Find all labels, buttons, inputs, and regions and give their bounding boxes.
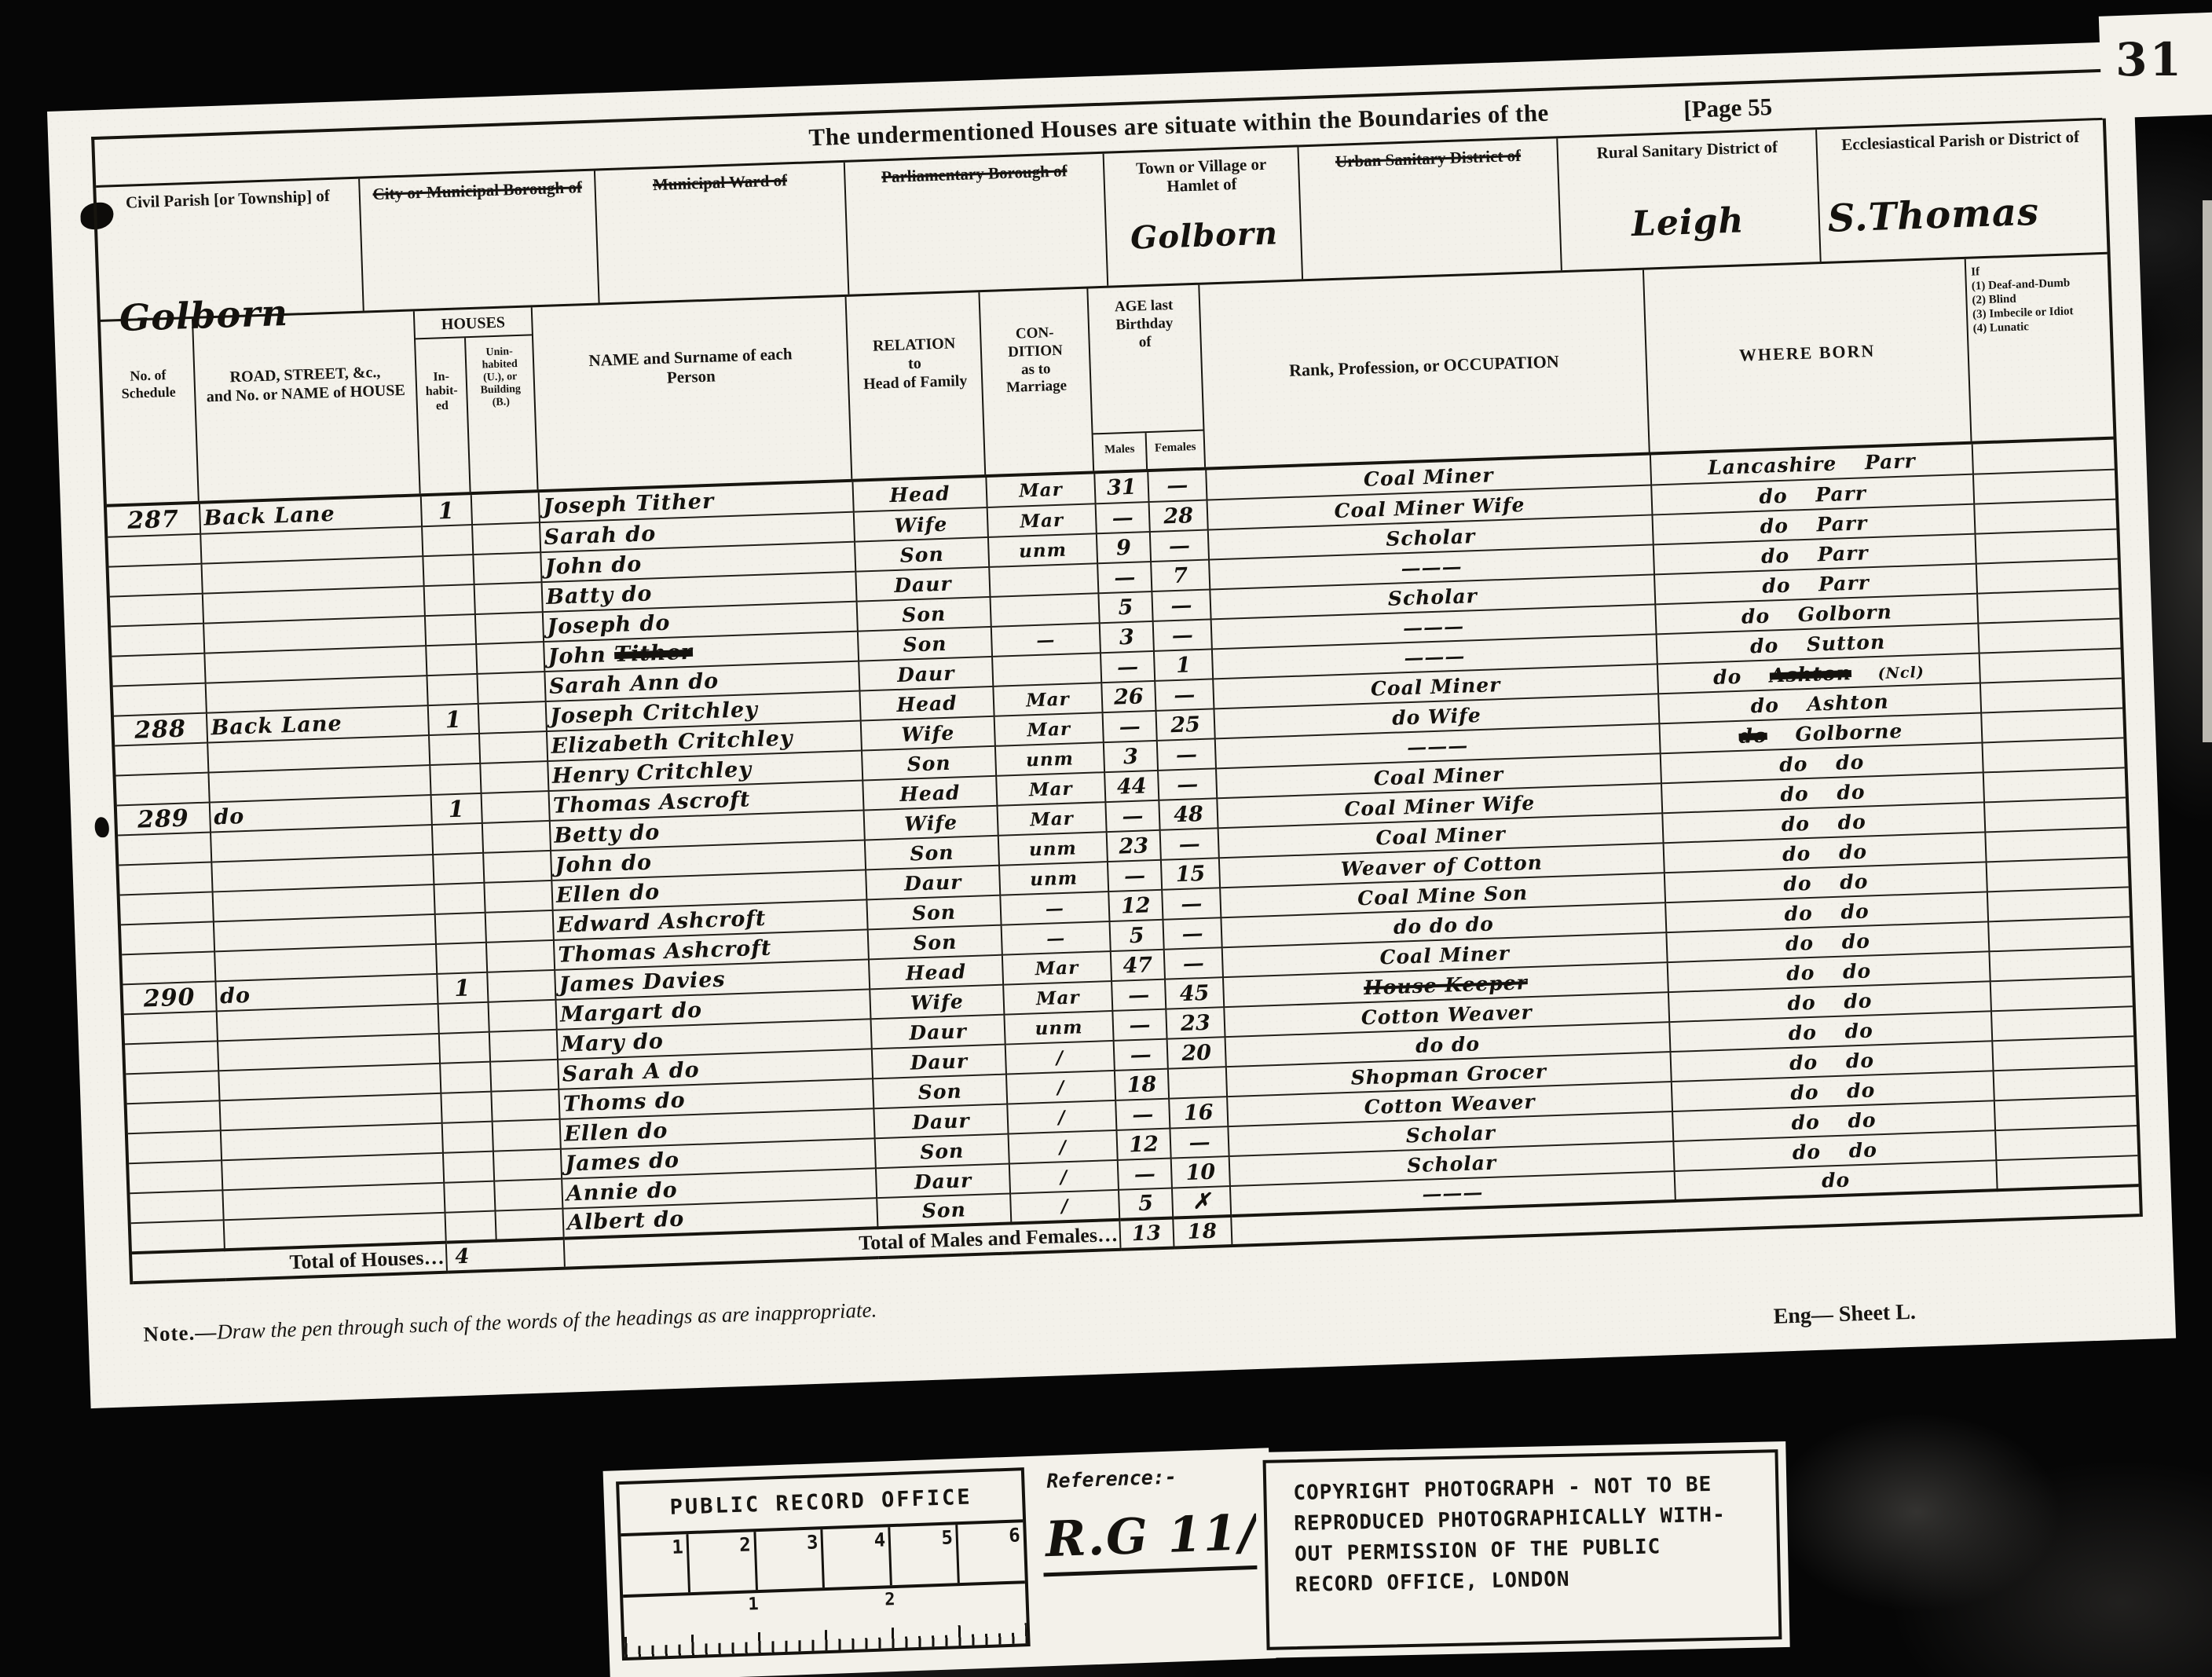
cell-infirmity xyxy=(1979,648,2122,683)
cell-inhabited xyxy=(427,674,478,705)
cell-uninhabited xyxy=(480,761,548,793)
cell-condition: Mar xyxy=(987,503,1097,537)
cell-schedule-number xyxy=(118,833,211,866)
cell-age-male: — xyxy=(1103,711,1157,742)
col-header-relation: RELATION to Head of Family xyxy=(847,292,987,479)
cell-relation: Son xyxy=(855,537,989,572)
cell-infirmity xyxy=(1991,1006,2133,1041)
microfilm-scan: The undermentioned Houses are situate wi… xyxy=(0,0,2212,1677)
cell-inhabited xyxy=(438,1002,489,1034)
cell-schedule-number xyxy=(125,1041,218,1074)
district-parliamentary-borough: Parliamentary Borough of xyxy=(845,154,1108,295)
cell-uninhabited xyxy=(490,1060,558,1092)
cell-age-female xyxy=(1168,1067,1227,1098)
copyright-stamp: COPYRIGHT PHOTOGRAPH - NOT TO BE REPRODU… xyxy=(1254,1441,1789,1658)
cell-condition xyxy=(992,653,1101,687)
struck-born-part: do xyxy=(1738,723,1767,747)
cell-condition: Mar xyxy=(996,772,1105,806)
reference-area: Reference:- R.G 11/3801 xyxy=(1024,1448,1276,1667)
cell-relation: Head xyxy=(862,776,997,811)
cell-infirmity xyxy=(1977,589,2119,624)
cell-inhabited xyxy=(422,525,473,556)
cell-uninhabited xyxy=(475,612,544,644)
cell-uninhabited xyxy=(482,791,550,823)
col-header-inhabited: In- habit- ed xyxy=(416,338,471,493)
pro-ruler-stamp: PUBLIC RECORD OFFICE 1 2 3 4 5 6 1 2 Ref… xyxy=(603,1448,1276,1677)
cell-relation: Daur xyxy=(871,1015,1005,1049)
cell-age-female: ✗ xyxy=(1172,1186,1231,1217)
cell-schedule-number xyxy=(108,534,201,567)
col-header-occupation: Rank, Profession, or OCCUPATION xyxy=(1199,270,1650,467)
cell-relation: Daur xyxy=(866,866,1000,900)
cell-age-female: — xyxy=(1152,589,1210,621)
col-header-uninhabited: Unin- habited (U.), or Building (B.) xyxy=(466,335,537,492)
cell-schedule-number xyxy=(119,862,212,895)
cell-age-female: — xyxy=(1155,679,1214,710)
cell-infirmity xyxy=(1989,947,2131,981)
cell-infirmity xyxy=(1987,887,2130,921)
cell-uninhabited xyxy=(473,552,541,584)
district-label-struck: Municipal Ward of xyxy=(600,169,840,196)
cell-condition: Mar xyxy=(994,712,1104,746)
ruler-box: PUBLIC RECORD OFFICE 1 2 3 4 5 6 1 2 xyxy=(616,1467,1031,1661)
cell-age-male: 12 xyxy=(1108,890,1163,921)
col-header-infirmity: If (1) Deaf-and-Dumb (2) Blind (3) Imbec… xyxy=(1966,254,2114,441)
cell-age-male: 9 xyxy=(1097,532,1151,563)
cell-schedule-number xyxy=(127,1100,221,1133)
film-edge-strip xyxy=(2203,200,2212,742)
total-males-value: 13 xyxy=(1119,1218,1174,1250)
cell-inhabited xyxy=(435,913,486,944)
cell-age-female: 10 xyxy=(1171,1156,1230,1188)
cell-age-female: 20 xyxy=(1167,1037,1226,1068)
cell-infirmity xyxy=(1973,470,2115,504)
cell-inhabited xyxy=(424,584,475,616)
cell-relation: Son xyxy=(873,1075,1007,1109)
district-value-handwritten: S.Thomas xyxy=(1827,190,2040,241)
cell-schedule-number xyxy=(112,654,205,687)
cell-relation: Wife xyxy=(864,806,998,840)
cell-schedule-number xyxy=(131,1220,225,1253)
cell-condition xyxy=(989,563,1098,597)
cell-uninhabited xyxy=(472,522,540,555)
cell-age-male: 5 xyxy=(1098,591,1152,623)
cell-condition: unm xyxy=(988,533,1097,567)
cell-infirmity xyxy=(1978,619,2120,654)
cell-condition: unm xyxy=(1004,1011,1113,1045)
cell-condition: / xyxy=(1009,1130,1118,1164)
cell-age-male: 3 xyxy=(1100,621,1154,653)
col-header-condition: CON- DITION as to Marriage xyxy=(980,288,1094,474)
cell-uninhabited xyxy=(482,821,551,853)
cell-relation: Daur xyxy=(855,567,990,602)
cell-relation: Son xyxy=(866,895,1001,930)
cell-relation: Son xyxy=(875,1134,1009,1169)
cell-schedule-number xyxy=(126,1071,219,1104)
district-town-village: Town or Village or Hamlet of Golborn xyxy=(1104,147,1304,285)
total-females-value: 18 xyxy=(1173,1216,1232,1247)
district-municipal-ward: Municipal Ward of xyxy=(595,163,849,303)
cell-uninhabited xyxy=(474,582,543,614)
cell-condition: unm xyxy=(999,862,1108,895)
cell-schedule-number xyxy=(116,773,210,806)
cell-infirmity xyxy=(1984,797,2126,832)
cell-relation: Head xyxy=(869,955,1003,990)
cell-infirmity xyxy=(1995,1126,2137,1160)
folio-number: 31 xyxy=(2115,33,2184,86)
cell-relation: Son xyxy=(858,627,992,661)
cell-age-male: 18 xyxy=(1115,1069,1169,1100)
cell-infirmity xyxy=(1994,1066,2136,1100)
col-header-males: Males xyxy=(1093,433,1148,471)
cell-schedule-number: 290 xyxy=(123,981,216,1014)
ruler-cell: 5 xyxy=(891,1525,960,1585)
district-label: Town or Village or Hamlet of xyxy=(1109,154,1294,198)
cell-inhabited xyxy=(425,614,476,646)
cell-age-male: 5 xyxy=(1119,1188,1173,1220)
cell-condition: / xyxy=(1006,1071,1115,1104)
cell-age-female: 16 xyxy=(1169,1097,1228,1128)
cell-age-male: — xyxy=(1096,502,1150,533)
cell-uninhabited xyxy=(485,910,554,943)
district-label: Rural Sanitary District of xyxy=(1563,136,1812,163)
cell-schedule-number xyxy=(113,683,207,716)
cell-age-female: — xyxy=(1153,619,1212,650)
cell-schedule-number xyxy=(130,1190,223,1223)
cell-age-female: 15 xyxy=(1161,858,1220,889)
cell-schedule-number: 288 xyxy=(114,713,207,746)
cell-inhabited xyxy=(423,555,474,586)
cell-schedule-number xyxy=(111,624,204,657)
cell-age-male: 31 xyxy=(1094,472,1148,503)
cell-inhabited xyxy=(426,644,477,676)
cell-infirmity xyxy=(1983,767,2126,802)
cell-infirmity xyxy=(1975,529,2117,564)
cell-schedule-number: 287 xyxy=(107,504,200,537)
cell-condition: / xyxy=(1005,1041,1115,1075)
ruler-inch-label: 1 xyxy=(748,1595,759,1614)
cell-uninhabited xyxy=(493,1119,561,1152)
cell-age-female: — xyxy=(1162,888,1221,919)
total-houses-value: 4 xyxy=(446,1239,565,1272)
cell-schedule-number xyxy=(129,1160,222,1193)
cell-inhabited xyxy=(429,734,480,765)
census-table-body: 287 Back Lane 1 Joseph Tither Head Mar 3… xyxy=(107,440,2139,1254)
cell-condition: — xyxy=(1002,921,1111,955)
col-header-name: NAME and Surname of each Person xyxy=(533,297,853,489)
cell-age-female: — xyxy=(1158,768,1217,800)
cell-schedule-number xyxy=(122,951,215,984)
cell-age-female: 23 xyxy=(1166,1007,1225,1038)
cell-age-male: — xyxy=(1115,1099,1170,1130)
cell-infirmity xyxy=(1980,678,2122,712)
census-form: The undermentioned Houses are situate wi… xyxy=(91,69,2143,1285)
district-urban-sanitary: Urban Sanitary District of xyxy=(1298,138,1562,279)
cell-age-female: — xyxy=(1150,530,1209,562)
cell-uninhabited xyxy=(471,492,540,525)
district-label-struck: Urban Sanitary District of xyxy=(1304,145,1553,173)
cell-uninhabited xyxy=(489,1030,558,1062)
cell-relation: Daur xyxy=(859,657,993,691)
census-table: 287 Back Lane 1 Joseph Tither Head Mar 3… xyxy=(107,440,2140,1285)
ruler-inch-label: 2 xyxy=(884,1590,895,1609)
cell-uninhabited xyxy=(491,1089,559,1122)
cell-uninhabited xyxy=(476,642,544,674)
cell-relation: Son xyxy=(868,925,1002,960)
cell-relation: Wife xyxy=(854,507,988,542)
cell-relation: Head xyxy=(852,478,987,512)
col-header-road: ROAD, STREET, &c., and No. or NAME of HO… xyxy=(193,311,421,500)
district-label: Ecclesiastical Parish or District of xyxy=(1822,126,2099,155)
ruler-cell: 4 xyxy=(823,1527,892,1587)
cell-inhabited xyxy=(444,1181,495,1213)
district-label-struck: City or Municipal Borough of xyxy=(364,178,590,204)
cell-inhabited xyxy=(441,1092,492,1123)
cell-age-male: — xyxy=(1108,860,1162,892)
cell-infirmity xyxy=(1994,1096,2137,1130)
cell-uninhabited xyxy=(489,1000,557,1032)
cell-schedule-number xyxy=(109,564,203,597)
district-value-handwritten: Leigh xyxy=(1631,200,1745,244)
ruler-cell: 6 xyxy=(958,1522,1024,1583)
cell-schedule-number xyxy=(124,1011,218,1044)
cell-relation: Son xyxy=(857,597,991,632)
cell-age-female: — xyxy=(1170,1126,1229,1158)
census-page: The undermentioned Houses are situate wi… xyxy=(47,42,2176,1409)
cell-age-female: 28 xyxy=(1149,500,1208,532)
col-header-where-born: WHERE BORN xyxy=(1644,259,1972,452)
district-label-struck: Parliamentary Borough of xyxy=(850,160,1099,188)
cell-inhabited xyxy=(430,763,481,795)
cell-age-female: — xyxy=(1164,947,1223,979)
cell-age-female: — xyxy=(1163,917,1221,949)
district-label: Civil Parish [or Township] of xyxy=(101,185,355,213)
cell-infirmity xyxy=(1981,708,2123,742)
cell-age-male: 3 xyxy=(1104,741,1158,772)
cell-condition: / xyxy=(1010,1190,1119,1224)
cell-age-female: 25 xyxy=(1155,709,1214,740)
district-ecclesiastical: Ecclesiastical Parish or District of S.T… xyxy=(1817,120,2107,262)
cell-relation: Daur xyxy=(876,1164,1010,1199)
cell-relation: Daur xyxy=(873,1104,1008,1139)
struck-name-part: Tither xyxy=(614,639,694,666)
page-number-label: [Page 55 xyxy=(1683,93,1773,124)
cell-infirmity xyxy=(1985,827,2127,862)
cell-condition: Mar xyxy=(986,474,1095,507)
cell-age-male: — xyxy=(1112,1009,1166,1041)
cell-relation: Head xyxy=(859,687,994,721)
cell-inhabited: 1 xyxy=(437,972,488,1004)
form-note: Note.—Draw the pen through such of the w… xyxy=(143,1298,877,1346)
cell-age-male: 44 xyxy=(1104,771,1159,802)
cell-uninhabited xyxy=(493,1149,562,1181)
cell-age-male: 23 xyxy=(1107,830,1161,862)
col-header-females: Females xyxy=(1147,431,1205,469)
cell-uninhabited xyxy=(477,672,545,704)
cell-inhabited xyxy=(442,1122,493,1153)
cell-infirmity xyxy=(1988,917,2130,951)
cell-condition: unm xyxy=(998,832,1108,866)
cell-age-male: 47 xyxy=(1111,950,1165,981)
col-header-schedule: No. of Schedule xyxy=(101,319,200,504)
cell-relation: Daur xyxy=(872,1045,1006,1079)
cell-relation: Wife xyxy=(870,985,1004,1020)
cell-condition: Mar xyxy=(997,802,1106,836)
cell-infirmity xyxy=(1974,500,2116,534)
cell-uninhabited xyxy=(484,881,552,913)
cell-relation: Wife xyxy=(861,716,995,751)
cell-condition: / xyxy=(1009,1160,1119,1194)
cell-age-female: — xyxy=(1148,471,1207,502)
cell-age-female: — xyxy=(1160,828,1219,859)
cell-inhabited xyxy=(432,823,483,855)
cell-condition: — xyxy=(991,623,1101,657)
cell-age-female: — xyxy=(1157,738,1216,770)
cell-age-male: 26 xyxy=(1101,681,1155,712)
cell-schedule-number xyxy=(120,892,214,925)
cell-age-male: 5 xyxy=(1109,920,1163,951)
cell-condition: / xyxy=(1007,1100,1116,1134)
struck-occupation: House Keeper xyxy=(1364,971,1529,999)
cell-age-male: — xyxy=(1105,800,1159,832)
cell-condition: Mar xyxy=(1003,981,1112,1015)
cell-inhabited xyxy=(436,943,487,974)
cell-uninhabited xyxy=(495,1209,563,1241)
cell-age-male: — xyxy=(1111,979,1166,1011)
cell-schedule-number xyxy=(128,1130,222,1163)
cell-condition: Mar xyxy=(993,683,1102,716)
district-city-borough: City or Municipal Borough of xyxy=(360,171,599,311)
cell-age-male: — xyxy=(1101,651,1155,683)
cell-age-male: — xyxy=(1118,1159,1172,1190)
cell-infirmity xyxy=(1992,1036,2134,1071)
cell-schedule-number xyxy=(121,921,214,954)
district-rural-sanitary: Rural Sanitary District of Leigh xyxy=(1558,130,1821,270)
cell-age-male: — xyxy=(1114,1039,1168,1071)
sheet-label: Eng— Sheet L. xyxy=(1773,1300,1916,1330)
copyright-text: COPYRIGHT PHOTOGRAPH - NOT TO BE REPRODU… xyxy=(1263,1449,1782,1650)
cell-uninhabited xyxy=(478,701,547,734)
cell-inhabited xyxy=(440,1062,491,1093)
district-value-handwritten: Golborn xyxy=(1130,214,1278,256)
cell-condition: — xyxy=(1000,892,1109,925)
cell-relation: Son xyxy=(862,746,996,781)
cell-infirmity xyxy=(1987,857,2129,892)
col-header-houses-group: HOUSES xyxy=(415,307,532,339)
cell-age-female: 1 xyxy=(1154,649,1213,680)
cell-uninhabited xyxy=(486,940,555,972)
cell-infirmity xyxy=(1982,738,2124,772)
born-note: (Ncl) xyxy=(1851,663,1925,683)
cell-uninhabited xyxy=(494,1179,562,1211)
cell-uninhabited xyxy=(487,970,555,1002)
ink-blot xyxy=(94,817,109,838)
cell-inhabited xyxy=(443,1152,494,1183)
cell-age-male: 12 xyxy=(1116,1129,1170,1160)
struck-born-part: Ashton xyxy=(1769,661,1851,687)
cell-age-female: 48 xyxy=(1159,798,1218,829)
ruler-cell: 2 xyxy=(688,1532,757,1592)
cell-inhabited: 1 xyxy=(428,704,479,735)
cell-inhabited xyxy=(433,853,484,884)
cell-condition: unm xyxy=(995,742,1104,776)
cell-age-male: — xyxy=(1097,562,1152,593)
cell-relation: Son xyxy=(865,836,999,870)
note-text: Draw the pen through such of the words o… xyxy=(217,1298,877,1343)
district-value-handwritten: Golborn xyxy=(119,291,289,339)
cell-age-female: 45 xyxy=(1165,977,1224,1009)
cell-infirmity xyxy=(1976,559,2119,594)
cell-relation: Son xyxy=(877,1193,1011,1228)
cell-condition xyxy=(990,593,1099,627)
cell-inhabited: 1 xyxy=(421,495,472,526)
cell-condition: Mar xyxy=(1002,951,1111,985)
ruler-cell: 3 xyxy=(756,1529,825,1590)
cell-schedule-number xyxy=(110,594,203,627)
cell-inhabited: 1 xyxy=(431,793,482,825)
cell-inhabited xyxy=(445,1211,496,1243)
col-header-age-group: AGE last Birthday of xyxy=(1088,285,1200,357)
cell-uninhabited xyxy=(479,731,548,763)
cell-age-female: 7 xyxy=(1151,560,1210,591)
cell-infirmity xyxy=(1990,976,2133,1011)
district-civil-parish: Civil Parish [or Township] of Golborn xyxy=(96,179,364,320)
cell-schedule-number xyxy=(115,743,208,776)
note-word: Note.— xyxy=(143,1320,218,1346)
ruler-cell: 1 xyxy=(621,1534,690,1595)
cell-schedule-number: 289 xyxy=(117,803,211,836)
cell-inhabited xyxy=(439,1032,490,1064)
cell-inhabited xyxy=(434,883,485,914)
cell-infirmity xyxy=(1996,1155,2138,1190)
cell-infirmity xyxy=(1972,440,2115,474)
cell-uninhabited xyxy=(483,851,551,883)
reference-label: Reference:- xyxy=(1046,1465,1177,1492)
